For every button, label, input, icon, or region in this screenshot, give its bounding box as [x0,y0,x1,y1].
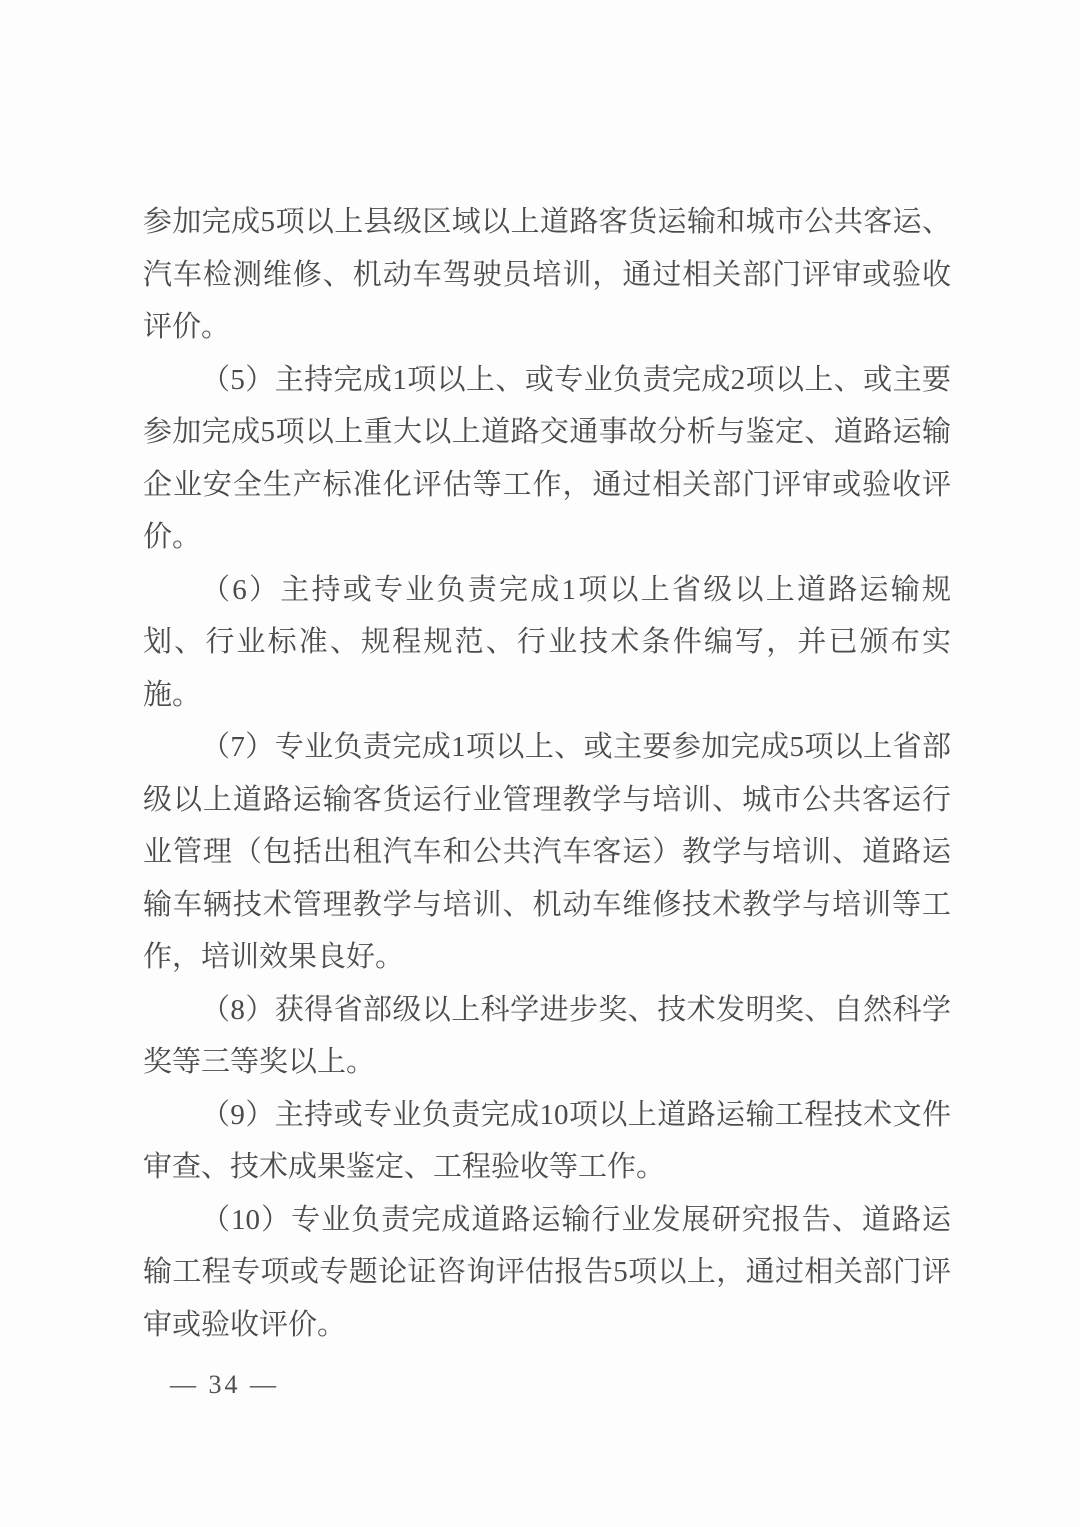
paragraph-item-6: （6）主持或专业负责完成1项以上省级以上道路运输规划、行业标准、规程规范、行业技… [143,564,951,722]
page-number: — 34 — [170,1370,279,1399]
scanned-document-page: 参加完成5项以上县级区域以上道路客货运输和城市公共客运、汽车检测维修、机动车驾驶… [0,0,1080,1527]
paragraph-item-10: （10）专业负责完成道路运输行业发展研究报告、道路运输工程专项或专题论证咨询评估… [143,1194,951,1352]
paragraph-item-7: （7）专业负责完成1项以上、或主要参加完成5项以上省部级以上道路运输客货运行业管… [143,721,951,984]
paragraph-continuation: 参加完成5项以上县级区域以上道路客货运输和城市公共客运、汽车检测维修、机动车驾驶… [143,196,951,354]
document-body: 参加完成5项以上县级区域以上道路客货运输和城市公共客运、汽车检测维修、机动车驾驶… [143,196,951,1351]
paragraph-item-8: （8）获得省部级以上科学进步奖、技术发明奖、自然科学奖等三等奖以上。 [143,984,951,1089]
page-footer: — 34 — [170,1368,279,1402]
paragraph-item-5: （5）主持完成1项以上、或专业负责完成2项以上、或主要参加完成5项以上重大以上道… [143,354,951,564]
paragraph-item-9: （9）主持或专业负责完成10项以上道路运输工程技术文件审查、技术成果鉴定、工程验… [143,1089,951,1194]
